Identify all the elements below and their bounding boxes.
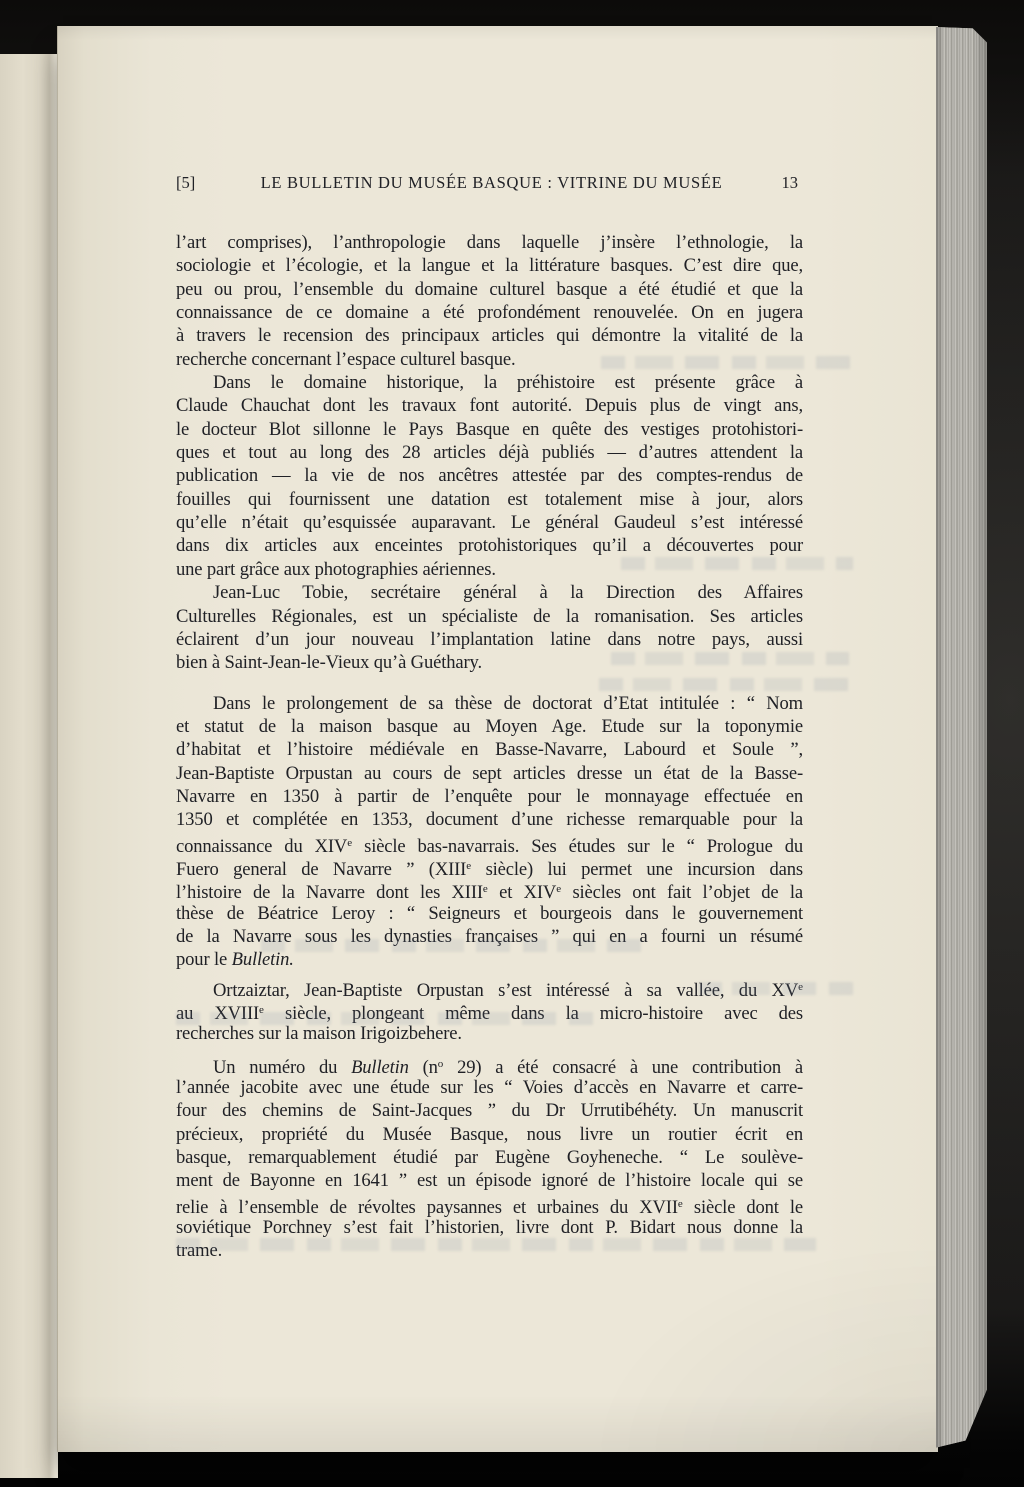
text-line: le docteur Blot sillonne le Pays Basque … <box>176 418 803 441</box>
text-line: d’habitat et l’histoire médiévale en Bas… <box>176 738 803 761</box>
text-line: l’art comprises), l’anthropologie dans l… <box>176 231 803 254</box>
text-line: Claude Chauchat dont les travaux font au… <box>176 394 803 417</box>
text-line: ques et tout au long des 28 articles déj… <box>176 441 803 464</box>
text-line: Dans le prolongement de sa thèse de doct… <box>176 692 803 715</box>
paragraph: Dans le domaine historique, la préhistoi… <box>176 371 803 581</box>
text-line: thèse de Béatrice Leroy : “ Seigneurs et… <box>176 902 803 925</box>
text-line: connaissance du XIVe siècle bas-navarrai… <box>176 832 803 855</box>
text-line: 1350 et complétée en 1353, document d’un… <box>176 808 803 831</box>
text-line: qu’elle n’était qu’esquissée auparavant.… <box>176 511 803 534</box>
bleed-through-text <box>611 652 849 665</box>
text-line: four des chemins de Saint-Jacques ” du D… <box>176 1099 803 1122</box>
text-line: connaissance de ce domaine a été profond… <box>176 301 803 324</box>
text-line: Fuero general de Navarre ” (XIIIe siècle… <box>176 855 803 878</box>
paragraph: Un numéro du Bulletin (no 29) a été cons… <box>176 1053 803 1263</box>
text-line: ment de Bayonne en 1641 ” est un épisode… <box>176 1169 803 1192</box>
text-line: Jean-Luc Tobie, secrétaire général à la … <box>176 581 803 604</box>
text-line: et statut de la maison basque au Moyen A… <box>176 715 803 738</box>
header-title: LE BULLETIN DU MUSÉE BASQUE : VITRINE DU… <box>261 173 723 193</box>
page-stack-edge <box>936 27 987 1449</box>
book-photo-backdrop: { "colors": { "paper": "#ece7d8", "ink":… <box>0 0 1024 1487</box>
paragraph: Dans le prolongement de sa thèse de doct… <box>176 692 803 972</box>
text-line: relie à l’ensemble de révoltes paysannes… <box>176 1193 803 1216</box>
text-line: l’histoire de la Navarre dont les XIIIe … <box>176 878 803 901</box>
text-line: sociologie et l’écologie, et la langue e… <box>176 254 803 277</box>
bleed-through-text <box>698 982 854 995</box>
running-head: [5] LE BULLETIN DU MUSÉE BASQUE : VITRIN… <box>176 173 807 193</box>
text-line: basque, remarquablement étudié par Eugèn… <box>176 1146 803 1169</box>
header-signature: [5] <box>176 173 195 193</box>
text-line: Jean-Baptiste Orpustan au cours de sept … <box>176 762 803 785</box>
book-page: [5] LE BULLETIN DU MUSÉE BASQUE : VITRIN… <box>57 26 938 1452</box>
text-line: Navarre en 1350 à partir de l’enquête po… <box>176 785 803 808</box>
bleed-through-text <box>621 557 853 570</box>
text-line: publication — la vie de nos ancêtres att… <box>176 464 803 487</box>
bleed-through-text <box>261 939 641 952</box>
text-line: Dans le domaine historique, la préhistoi… <box>176 371 803 394</box>
text-line: éclairent d’un jour nouveau l’implantati… <box>176 628 803 651</box>
text-line: Un numéro du Bulletin (no 29) a été cons… <box>176 1053 803 1076</box>
text-line: Culturelles Régionales, est un spécialis… <box>176 605 803 628</box>
text-line: recherches sur la maison Irigoizbehere. <box>176 1022 803 1045</box>
open-book-scene: [5] LE BULLETIN DU MUSÉE BASQUE : VITRIN… <box>0 0 1024 1487</box>
text-line: précieux, propriété du Musée Basque, nou… <box>176 1123 803 1146</box>
text-line: peu ou prou, l’ensemble du domaine cultu… <box>176 278 803 301</box>
bleed-through-text <box>599 678 851 691</box>
text-line: dans dix articles aux enceintes protohis… <box>176 534 803 557</box>
header-page-number: 13 <box>782 173 808 193</box>
text-line: soviétique Porchney s’est fait l’histori… <box>176 1216 803 1239</box>
text-line: à travers le recension des principaux ar… <box>176 324 803 347</box>
bleed-through-text <box>176 1012 596 1025</box>
paragraph: l’art comprises), l’anthropologie dans l… <box>176 231 803 371</box>
text-block: l’art comprises), l’anthropologie dans l… <box>176 231 803 1263</box>
text-line: fouilles qui fournissent une datation es… <box>176 488 803 511</box>
bleed-through-text <box>176 1238 816 1251</box>
text-line: l’année jacobite avec une étude sur les … <box>176 1076 803 1099</box>
bleed-through-text <box>601 356 851 369</box>
facing-page-sliver <box>0 54 58 1478</box>
